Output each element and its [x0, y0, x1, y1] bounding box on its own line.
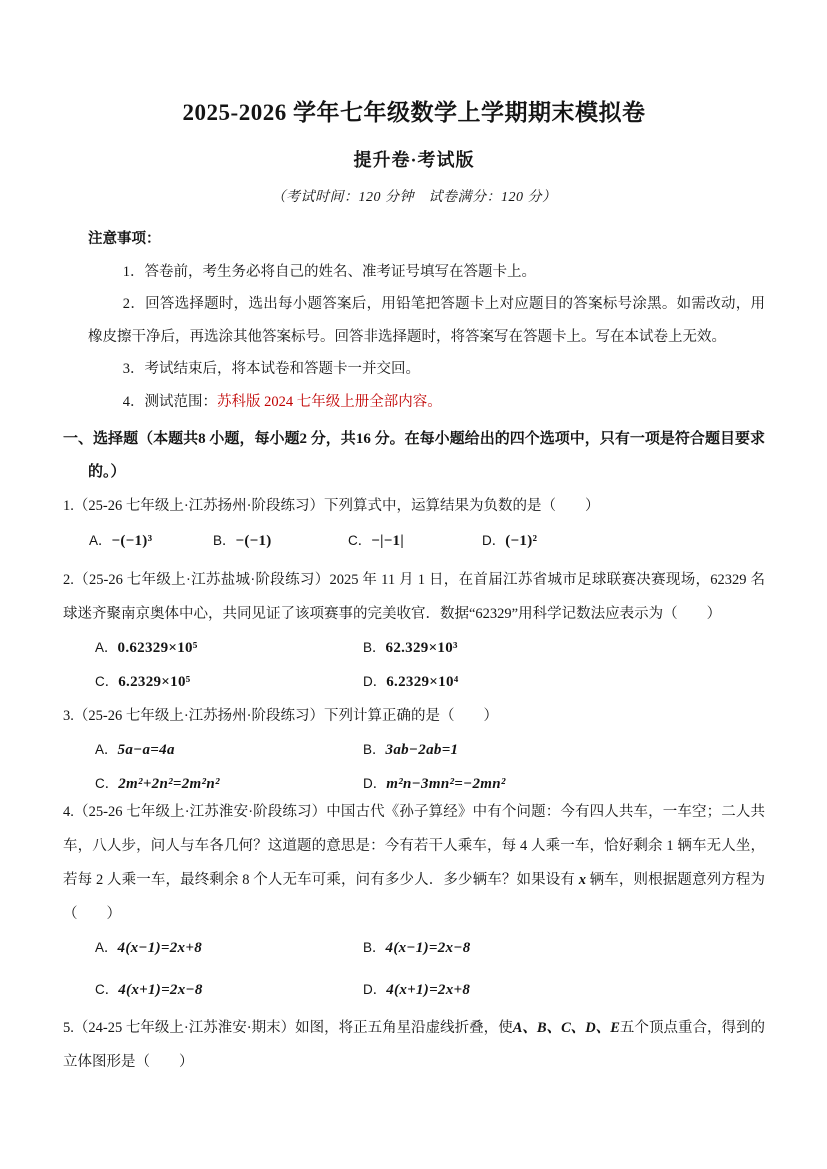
option-c: C．6.2329×10⁵: [95, 665, 363, 699]
option-c: C．4(x+1)=2x−8: [95, 973, 363, 1007]
option-b: B．−(−1): [213, 523, 348, 559]
option-label: A．: [95, 742, 118, 757]
option-a: A．5a−a=4a: [95, 733, 363, 767]
option-label: A．: [95, 640, 118, 655]
notice-item-4-prefix: 4．测试范围：: [123, 394, 217, 410]
option-formula: 6.2329×10⁴: [386, 674, 458, 690]
question-5: 5.（24-25 七年级上·江苏淮安·期末）如图，将正五角星沿虚线折叠，使A、B…: [63, 1011, 765, 1079]
option-b: B．3ab−2ab=1: [363, 733, 765, 767]
notice-item-4: 4．测试范围：苏科版 2024 七年级上册全部内容。: [88, 386, 765, 419]
notice-item-1: 1．答卷前，考生务必将自己的姓名、准考证号填写在答题卡上。: [88, 256, 765, 289]
question-stem: 2.（25-26 七年级上·江苏盐城·阶段练习）2025 年 11 月 1 日，…: [63, 563, 765, 631]
option-d: D．(−1)²: [482, 523, 765, 559]
option-b: B．4(x−1)=2x−8: [363, 931, 765, 965]
option-formula: 4(x−1)=2x−8: [386, 940, 471, 956]
option-label: D．: [363, 982, 386, 997]
option-c: C．−|−1|: [348, 523, 482, 559]
option-formula: 4(x+1)=2x−8: [118, 982, 202, 998]
question-1: 1.（25-26 七年级上·江苏扬州·阶段练习）下列算式中，运算结果为负数的是（…: [63, 489, 765, 559]
question-4: 4.（25-26 七年级上·江苏淮安·阶段练习）中国古代《孙子算经》中有个问题：…: [63, 795, 765, 1007]
option-formula: m²n−3mn²=−2mn²: [386, 776, 505, 792]
option-formula: 2m²+2n²=2m²n²: [118, 776, 220, 792]
option-label: C．: [95, 982, 118, 997]
option-formula: −(−1)³: [112, 533, 153, 549]
section-one-heading: 一、选择题（本题共8 小题，每小题2 分，共16 分。在每小题给出的四个选项中，…: [63, 423, 765, 489]
question-3: 3.（25-26 七年级上·江苏扬州·阶段练习）下列计算正确的是（ ） A．5a…: [63, 699, 765, 801]
option-label: C．: [348, 533, 371, 548]
question-2: 2.（25-26 七年级上·江苏盐城·阶段练习）2025 年 11 月 1 日，…: [63, 563, 765, 699]
option-d: D．4(x+1)=2x+8: [363, 973, 765, 1007]
stem-text: 5.（24-25 七年级上·江苏淮安·期末）如图，将正五角星沿虚线折叠，使: [63, 1020, 513, 1036]
question-stem: 3.（25-26 七年级上·江苏扬州·阶段练习）下列计算正确的是（ ）: [63, 699, 765, 733]
option-label: A．: [95, 940, 118, 955]
question-1-options: A．−(−1)³ B．−(−1) C．−|−1| D．(−1)²: [63, 523, 765, 559]
notice-item-2: 2．回答选择题时，选出每小题答案后，用铅笔把答题卡上对应题目的答案标号涂黑。如需…: [88, 288, 765, 353]
option-a: A．−(−1)³: [89, 523, 213, 559]
option-label: B．: [363, 940, 386, 955]
question-3-options: A．5a−a=4a B．3ab−2ab=1 C．2m²+2n²=2m²n² D．…: [63, 733, 765, 801]
notices-section: 注意事项： 1．答卷前，考生务必将自己的姓名、准考证号填写在答题卡上。 2．回答…: [88, 223, 765, 418]
option-formula: (−1)²: [505, 533, 537, 549]
question-stem: 5.（24-25 七年级上·江苏淮安·期末）如图，将正五角星沿虚线折叠，使A、B…: [63, 1011, 765, 1079]
option-formula: 5a−a=4a: [118, 742, 175, 758]
option-label: B．: [213, 533, 236, 548]
option-label: D．: [363, 776, 386, 791]
option-formula: 4(x+1)=2x+8: [386, 982, 470, 998]
exam-info: （考试时间：120 分钟 试卷满分：120 分）: [63, 188, 765, 208]
notice-item-3: 3．考试结束后，将本试卷和答题卡一并交回。: [88, 353, 765, 386]
option-formula: 6.2329×10⁵: [118, 674, 190, 690]
question-stem: 1.（25-26 七年级上·江苏扬州·阶段练习）下列算式中，运算结果为负数的是（…: [63, 489, 765, 523]
stem-vertex-labels: A、B、C、D、E: [513, 1020, 620, 1036]
option-label: B．: [363, 640, 386, 655]
option-formula: 62.329×10³: [386, 640, 458, 656]
option-b: B．62.329×10³: [363, 631, 765, 665]
option-label: B．: [363, 742, 386, 757]
page-title: 2025-2026 学年七年级数学上学期期末模拟卷: [63, 96, 765, 130]
option-a: A．4(x−1)=2x+8: [95, 931, 363, 965]
option-formula: 4(x−1)=2x+8: [118, 940, 202, 956]
question-2-options: A．0.62329×10⁵ B．62.329×10³ C．6.2329×10⁵ …: [63, 631, 765, 699]
question-4-options: A．4(x−1)=2x+8 B．4(x−1)=2x−8 C．4(x+1)=2x−…: [63, 931, 765, 1007]
question-stem: 4.（25-26 七年级上·江苏淮安·阶段练习）中国古代《孙子算经》中有个问题：…: [63, 795, 765, 931]
exam-paper-page: 2025-2026 学年七年级数学上学期期末模拟卷 提升卷·考试版 （考试时间：…: [63, 0, 765, 1079]
test-scope-text: 苏科版 2024 七年级上册全部内容。: [217, 394, 442, 410]
option-label: C．: [95, 776, 118, 791]
option-label: D．: [482, 533, 505, 548]
option-d: D．6.2329×10⁴: [363, 665, 765, 699]
stem-variable: x: [579, 872, 586, 888]
option-formula: 0.62329×10⁵: [118, 640, 198, 656]
notices-heading: 注意事项：: [88, 223, 765, 256]
option-formula: 3ab−2ab=1: [386, 742, 459, 758]
option-a: A．0.62329×10⁵: [95, 631, 363, 665]
paper-subtitle: 提升卷·考试版: [63, 148, 765, 172]
option-label: A．: [89, 533, 112, 548]
option-formula: −(−1): [236, 533, 272, 549]
option-formula: −|−1|: [371, 533, 404, 549]
option-label: D．: [363, 674, 386, 689]
option-label: C．: [95, 674, 118, 689]
